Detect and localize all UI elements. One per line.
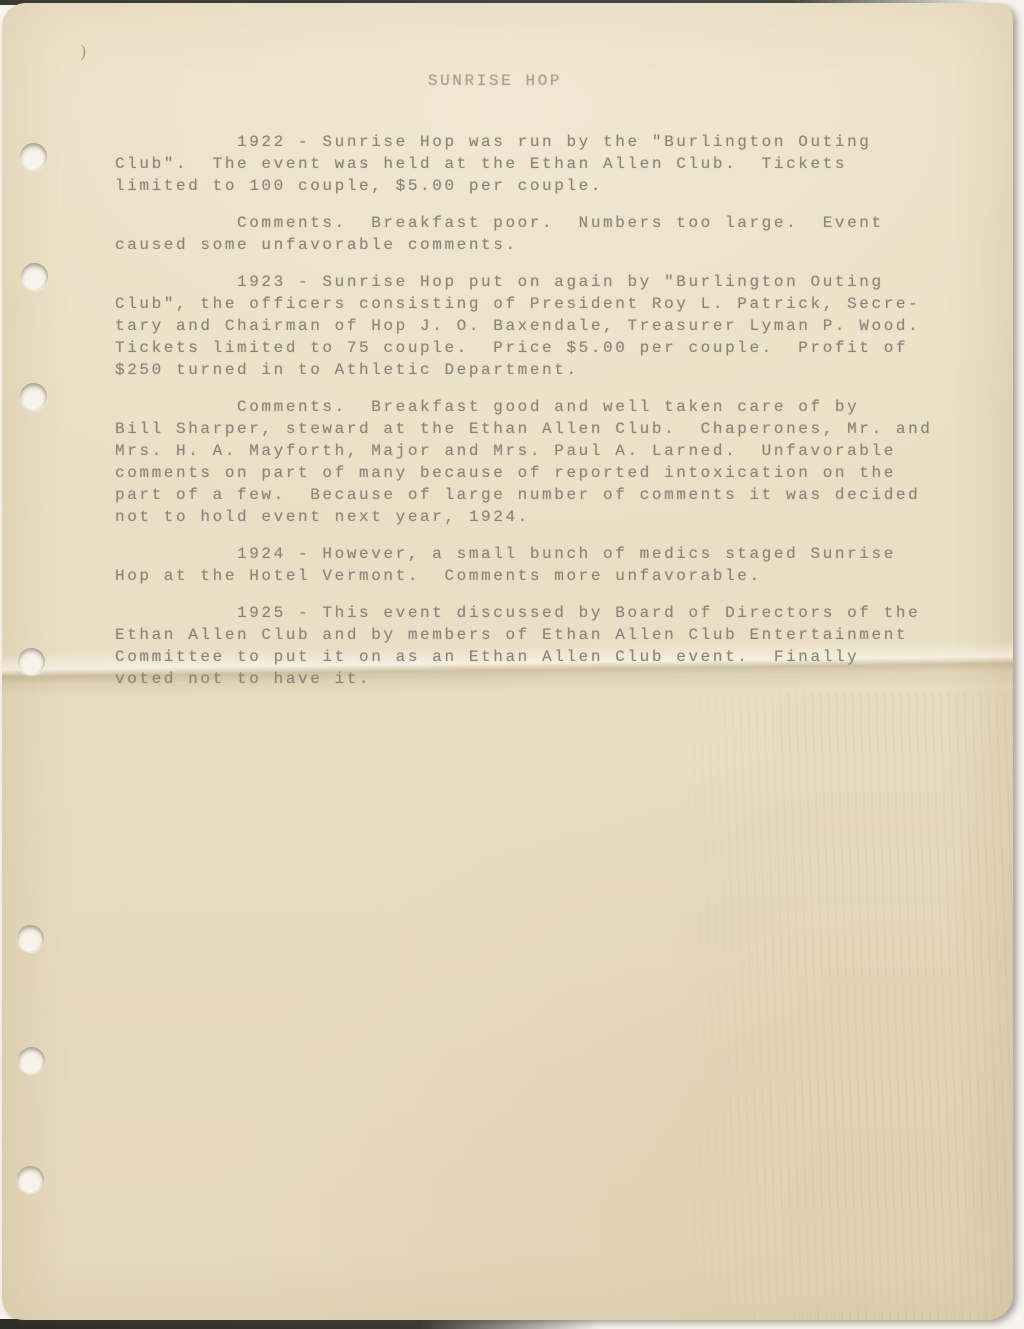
punch-hole <box>20 383 47 410</box>
typewritten-text-block: SUNRISE HOP 1922 - Sunrise Hop was run b… <box>115 70 955 705</box>
punch-hole <box>18 1047 45 1074</box>
scanner-background-bottom <box>0 1319 600 1329</box>
pencil-mark: ) <box>79 43 87 63</box>
paragraph-1925: 1925 - This event discussed by Board of … <box>115 602 955 690</box>
paper-lower-tone <box>2 675 1013 1320</box>
punch-hole <box>21 263 48 290</box>
punch-hole <box>20 143 47 170</box>
punch-hole <box>17 925 44 952</box>
paragraph-1924: 1924 - However, a small bunch of medics … <box>115 543 955 587</box>
punch-hole <box>18 648 45 675</box>
paragraph-1922-comments: Comments. Breakfast poor. Numbers too la… <box>115 212 955 256</box>
punch-hole <box>17 1166 44 1193</box>
scanned-document-screenshot: { "document": { "title": "SUNRISE HOP", … <box>0 0 1024 1329</box>
paper-grain-texture <box>673 693 1013 1320</box>
paragraph-1923-comments: Comments. Breakfast good and well taken … <box>115 396 955 528</box>
paragraph-1923: 1923 - Sunrise Hop put on again by "Burl… <box>115 271 955 381</box>
paragraph-1922: 1922 - Sunrise Hop was run by the "Burli… <box>115 131 955 197</box>
page-title: SUNRISE HOP <box>115 70 875 92</box>
document-page: ) SUNRISE HOP 1922 - Sunrise Hop was run… <box>2 3 1013 1320</box>
